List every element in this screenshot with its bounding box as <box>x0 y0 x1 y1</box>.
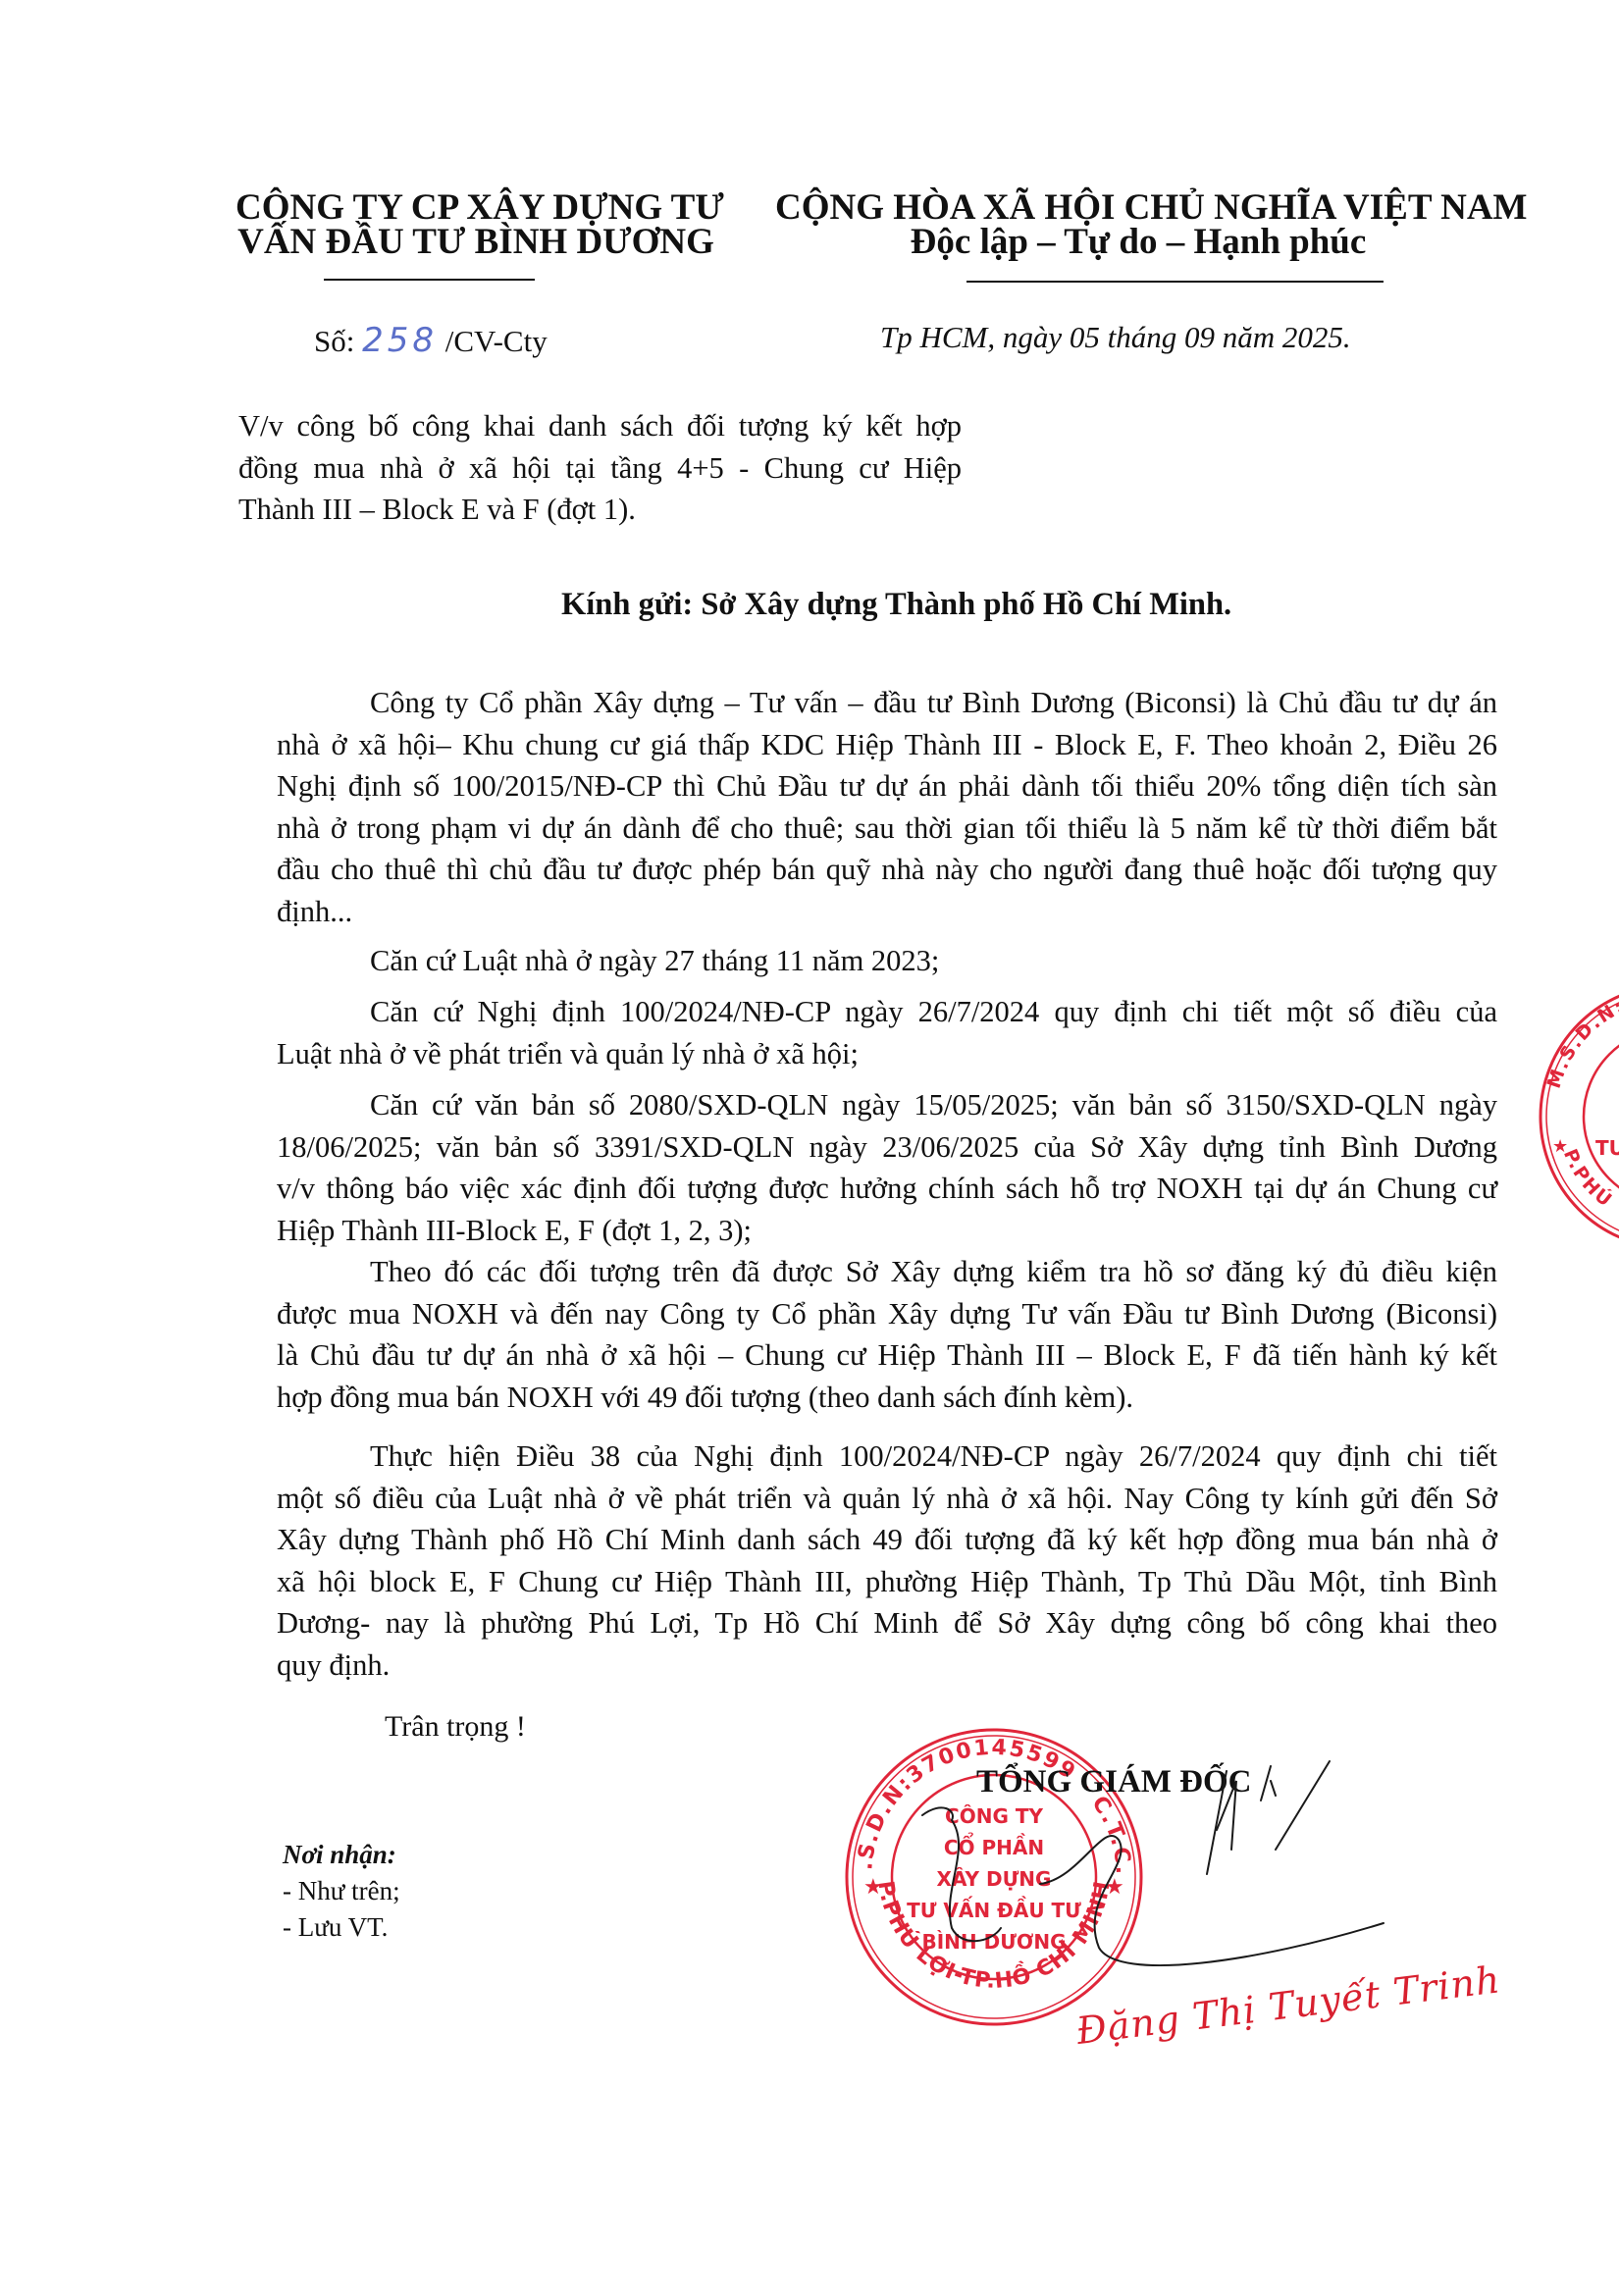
body-line: Dương- nay là phường Phú Lợi, Tp Hồ Chí … <box>277 1608 1497 1638</box>
body-line: Căn cứ văn bản số 2080/SXD-QLN ngày 15/0… <box>370 1090 1497 1120</box>
body-line: hợp đồng mua bán NOXH với 49 đối tượng (… <box>277 1383 1497 1412</box>
recipient-item-2: - Lưu VT. <box>283 1909 400 1946</box>
doc-number-handwritten: 258 <box>362 321 438 360</box>
body-line: Hiệp Thành III-Block E, F (đợt 1, 2, 3); <box>277 1216 1497 1245</box>
edge-stamp-outer-top: M.S.D.N:37 <box>1543 985 1619 1091</box>
stamp-star-left: ★ <box>863 1875 883 1900</box>
body-line: một số điều của Luật nhà ở về phát triển… <box>277 1484 1497 1513</box>
company-name-line-2: VẤN ĐẦU TƯ BÌNH DƯƠNG <box>235 225 716 259</box>
recipients-title: Nơi nhận: <box>283 1837 400 1873</box>
subject-line: V/v công bố công khai danh sách đối tượn… <box>238 411 962 441</box>
body-line: 18/06/2025; văn bản số 3391/SXD-QLN ngày… <box>277 1132 1497 1162</box>
body-line: Căn cứ Nghị định 100/2024/NĐ-CP ngày 26/… <box>370 997 1497 1026</box>
closing-line: Trân trọng ! <box>385 1710 526 1744</box>
body-line: Xây dựng Thành phố Hồ Chí Minh danh sách… <box>277 1525 1497 1554</box>
nation-title: CỘNG HÒA XÃ HỘI CHỦ NGHĨA VIỆT NAM <box>775 190 1501 225</box>
body-line: định... <box>277 897 1497 926</box>
body-line: Nghị định số 100/2015/NĐ-CP thì Chủ Đầu … <box>277 771 1497 801</box>
body-line: đầu cho thuê thì chủ đầu tư được phép bá… <box>277 855 1497 884</box>
doc-number-suffix: /CV-Cty <box>445 324 548 358</box>
handwritten-signature-icon <box>883 1742 1433 1997</box>
body-line: là Chủ đầu tư dự án nhà ở xã hội – Chung… <box>277 1340 1497 1370</box>
body-line: được mua NOXH và đến nay Công ty Cổ phần… <box>277 1299 1497 1329</box>
edge-stamp-star: ★ <box>1552 1136 1568 1157</box>
body-line: nhà ở trong phạm vi dự án dành để cho th… <box>277 813 1497 843</box>
body-line: Luật nhà ở về phát triển và quản lý nhà … <box>277 1039 1497 1069</box>
subject-line: đồng mua nhà ở xã hội tại tầng 4+5 - Chu… <box>238 453 962 483</box>
body-line: v/v thông báo việc xác định đối tượng đư… <box>277 1174 1497 1203</box>
document-number: Số: 258 /CV-Cty <box>314 321 548 360</box>
doc-number-label: Số: <box>314 324 354 358</box>
nation-motto: Độc lập – Tự do – Hạnh phúc <box>775 225 1501 259</box>
body-line: nhà ở xã hội– Khu chung cư giá thấp KDC … <box>277 730 1497 759</box>
place-date: Tp HCM, ngày 05 tháng 09 năm 2025. <box>880 320 1351 355</box>
body-line: Thực hiện Điều 38 của Nghị định 100/2024… <box>370 1441 1497 1471</box>
body-line: Công ty Cổ phần Xây dựng – Tư vấn – đầu … <box>370 688 1497 717</box>
body-line: Căn cứ Luật nhà ở ngày 27 tháng 11 năm 2… <box>370 946 1497 975</box>
national-heading: CỘNG HÒA XÃ HỘI CHỦ NGHĨA VIỆT NAM Độc l… <box>775 190 1501 259</box>
recipient-line: Kính gửi: Sở Xây dựng Thành phố Hồ Chí M… <box>561 587 1231 623</box>
recipients-block: Nơi nhận: - Như trên; - Lưu VT. <box>283 1837 400 1946</box>
body-line: Theo đó các đối tượng trên đã được Sở Xâ… <box>370 1257 1497 1286</box>
company-name-underline <box>324 279 535 281</box>
edge-stamp-inner: TƯ <box>1595 1136 1619 1160</box>
body-line: xã hội block E, F Chung cư Hiệp Thành II… <box>277 1567 1497 1596</box>
company-name-line-1: CÔNG TY CP XÂY DỰNG TƯ <box>235 190 716 225</box>
svg-text:M.S.D.N:37: M.S.D.N:37 <box>1543 985 1619 1091</box>
edge-stamp: M.S.D.N:37 P.PHÚ ★ TƯ <box>1539 983 1619 1250</box>
company-name: CÔNG TY CP XÂY DỰNG TƯ VẤN ĐẦU TƯ BÌNH D… <box>235 190 716 259</box>
body-line: quy định. <box>277 1650 1497 1680</box>
recipient-item-1: - Như trên; <box>283 1873 400 1909</box>
motto-underline <box>966 281 1384 283</box>
subject-line: Thành III – Block E và F (đợt 1). <box>238 495 962 524</box>
